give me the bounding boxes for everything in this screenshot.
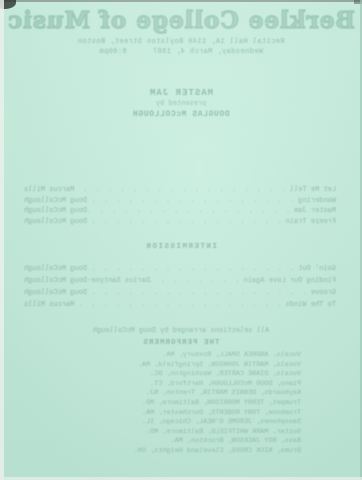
dotted-leader: . . . . . . . . . . . . . . . . . . . . … [150, 277, 244, 285]
program-row: Goin' Out . . . . . . . . . . . . . . . … [24, 265, 336, 277]
performer-line: Vocals, MARTIN JOHNSON, Springfield, MA. [61, 361, 301, 371]
program-row: To The Winds . . . . . . . . . . . . . .… [24, 301, 336, 313]
scanned-program-page: Berklee College of Music Recital Hall 1A… [0, 0, 362, 480]
performer-line: Bass, ROY JACKSON, Brockton, MA. [61, 437, 301, 447]
performer-line: Piano, DOUG McCOLLOUGH, Hartford, CT. [61, 380, 301, 390]
venue-address: Recital Hall 1A, 1140 Boylston Street, B… [0, 38, 362, 46]
program-row: Master Jam . . . . . . . . . . . . . . .… [24, 207, 336, 218]
dotted-leader: . . . . . . . . . . . . . . . . . . . . … [87, 197, 298, 205]
performer-line: Keyboards, DENNIS MARTIN, Trenton, NJ. [61, 389, 301, 399]
intermission-heading: INTERMISSION [0, 243, 362, 251]
performer-line: Vocals, DIANE CARTER, Washington, DC. [61, 370, 301, 380]
program-row: Freeze Train . . . . . . . . . . . . . .… [24, 218, 336, 229]
dotted-leader: . . . . . . . . . . . . . . . . . . . . … [87, 289, 311, 297]
performer-line: Drums, NICK CROSS, Cleveland Heights, OH… [61, 447, 301, 457]
composer-credit: Marcus Mills [24, 301, 74, 309]
song-title: Master Jam [294, 207, 336, 215]
mirrored-showthrough-content: Berklee College of Music Recital Hall 1A… [0, 0, 362, 480]
recital-title: MASTER JAM [0, 88, 362, 98]
composer-credit: Marcus Mills [24, 186, 74, 194]
performer-line: Trombone, TONY ROBERTS, Dorchester, MA. [61, 409, 301, 419]
song-title: Let Me Tell [290, 186, 336, 194]
program-row: Wandering . . . . . . . . . . . . . . . … [24, 197, 336, 208]
dotted-leader: . . . . . . . . . . . . . . . . . . . . … [74, 301, 285, 309]
presenter-name: DOUGLAS McCOLLOUGH [0, 110, 362, 119]
scan-edge-top [0, 0, 362, 2]
composer-credit: Doug McCollough [24, 207, 87, 215]
scan-edge-left [0, 0, 4, 480]
composer-credit: Doug McCollough [24, 265, 87, 273]
composer-credit: Doug McCollough [24, 289, 87, 297]
performer-line: Vocals, ANDREA SMALL, Roxbury, MA. [61, 351, 301, 361]
song-title: Finding Our Love Again [244, 277, 336, 285]
berklee-logo: Berklee College of Music [0, 7, 362, 34]
performers-list: Vocals, ANDREA SMALL, Roxbury, MA.Vocals… [61, 351, 301, 457]
song-title: Groove [311, 289, 336, 297]
composer-credit: Doug McCollough [24, 197, 87, 205]
composer-credit: Doug McCollough [24, 218, 87, 226]
song-title: Freeze Train [286, 218, 336, 226]
song-title: Goin' Out [298, 265, 336, 273]
event-time: 8:00pm [99, 48, 127, 56]
song-title: To The Winds [286, 301, 336, 309]
date-time-line: Wednesday, March 4, 19878:00pm [0, 48, 362, 56]
presented-by-label: presented by [0, 100, 362, 108]
composer-credit: Darius Santyne-Doug McCollough [24, 277, 150, 285]
performer-line: Guitar, MARK WHITFIELD, Baltimore, MD. [61, 428, 301, 438]
program-row: Let Me Tell . . . . . . . . . . . . . . … [24, 186, 336, 197]
arranger-note: All selections arranged by Doug McCollou… [0, 327, 362, 335]
dotted-leader: . . . . . . . . . . . . . . . . . . . . … [74, 186, 289, 194]
event-date: Wednesday, March 4, 1987 [153, 48, 263, 56]
performer-line: Trumpet, TERRY MORRISON, Baltimore, MD. [61, 399, 301, 409]
performers-heading: THE PERFORMERS [0, 339, 362, 347]
program-set-2: Goin' Out . . . . . . . . . . . . . . . … [24, 265, 336, 313]
program-row: Finding Our Love Again . . . . . . . . .… [24, 277, 336, 289]
dotted-leader: . . . . . . . . . . . . . . . . . . . . … [87, 265, 298, 273]
program-row: Groove . . . . . . . . . . . . . . . . .… [24, 289, 336, 301]
program-set-1: Let Me Tell . . . . . . . . . . . . . . … [24, 186, 336, 228]
dotted-leader: . . . . . . . . . . . . . . . . . . . . … [87, 218, 286, 226]
dotted-leader: . . . . . . . . . . . . . . . . . . . . … [87, 207, 294, 215]
performer-line: Saxophones, JEROME O'NEAL, Chicago, IL. [61, 418, 301, 428]
song-title: Wandering [298, 197, 336, 205]
